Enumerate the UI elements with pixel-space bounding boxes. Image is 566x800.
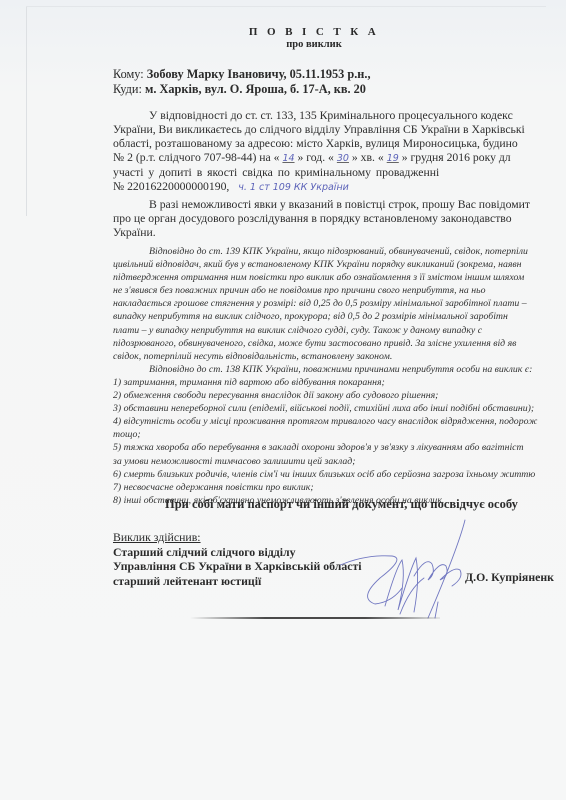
line4-part-b: » год. « [297,151,333,164]
scan-page-top-edge [26,6,546,7]
valid-reason-item: 2) обмеження свободи пересування внаслід… [113,389,566,402]
notify-paragraph: В разі неможливості явки у вказаний в по… [113,198,566,240]
issuer-position: Старший слідчий слідчого відділу [113,545,362,560]
summons-line-1: У відповідності до ст. ст. 133, 135 Крим… [113,109,566,123]
article-139-line: Відповідно до ст. 139 КПК України, якщо … [113,245,566,258]
valid-reason-item: тощо; [113,428,566,441]
handwritten-hour: 14 [279,152,297,166]
document-title: П О В І С Т К А [0,26,566,38]
summons-page: П О В І С Т К А про виклик Кому: Зобову … [0,0,566,800]
recipient-where: Куди: м. Харків, вул. О. Яроша, б. 17-А,… [113,82,366,97]
line4-part-d: » грудня 2016 року дл [402,151,511,164]
article-139-line: підозрюваного, обвинуваченого, свідка, м… [113,337,566,350]
notify-line-1: В разі неможливості явки у вказаний в по… [113,198,566,212]
bring-id-notice: При собі мати паспорт чи інший документ,… [165,497,518,512]
article-139-line: підтвердження отримання ним повістки про… [113,271,566,284]
handwritten-article-note: ч. 1 ст 109 КК України [238,182,349,193]
summons-line-6: № 22016220000000190, ч. 1 ст 109 КК Укра… [113,180,566,195]
notify-line-2: про це орган досудового розслідування в … [113,212,566,226]
to-label: Кому: [113,67,144,81]
valid-reason-item: 1) затримання, тримання під вартою або в… [113,376,566,389]
signer-name: Д.О. Купріяненк [465,570,554,585]
line4-part-a: № 2 (р.т. слідчого 707-98-44) на « [113,151,279,164]
summons-line-2: України, Ви викликаєтесь до слідчого від… [113,123,566,137]
valid-reason-item: 6) смерть близьких родичів, членів сім'ї… [113,468,566,481]
case-number: № 22016220000000190, [113,180,229,193]
document-subtitle: про виклик [0,39,566,50]
notify-line-3: України. [113,226,566,240]
issuer-rank: старший лейтенант юстиції [113,574,362,589]
to-value: Зобову Марку Івановичу, 05.11.1953 р.н., [147,67,371,81]
where-value: м. Харків, вул. О. Яроша, б. 17-А, кв. 2… [145,82,366,96]
valid-reason-item: 7) несвоєчасне одержання повістки про ви… [113,481,566,494]
summons-paragraph: У відповідності до ст. ст. 133, 135 Крим… [113,109,566,194]
handwritten-day: 19 [384,152,402,166]
summons-line-3: області, розташованому за адресою: місто… [113,137,566,151]
issuer-block: Виклик здійснив: Старший слідчий слідчог… [113,530,362,588]
recipient-to: Кому: Зобову Марку Івановичу, 05.11.1953… [113,67,371,82]
summons-line-4: № 2 (р.т. слідчого 707-98-44) на «14» го… [113,151,566,166]
valid-reason-item: 4) відсутність особи у місці проживання … [113,415,566,428]
article-138-intro: Відповідно до ст. 138 КПК України, поваж… [113,363,566,376]
handwritten-minute: 30 [334,152,352,166]
article-139-line: свідок, потерпілий несуть відповідальніс… [113,350,566,363]
summons-line-5: участі у допиті в якості свідка по кримі… [113,166,566,180]
valid-reason-item: 5) тяжка хвороба або перебування в закла… [113,441,566,454]
where-label: Куди: [113,82,142,96]
article-139-line: цивільний відповідач, який був у встанов… [113,258,566,271]
issuer-caption: Виклик здійснив: [113,530,362,545]
article-139-line: плати – у випадку неприбуття на виклик с… [113,324,566,337]
article-139-line: накладається грошове стягнення у розмірі… [113,297,566,310]
article-139-line: випадку неприбуття на виклик слідчого, п… [113,310,566,323]
article-139-block: Відповідно до ст. 139 КПК України, якщо … [113,245,566,507]
valid-reason-item: 3) обставини непереборної сили (епідемії… [113,402,566,415]
article-139-line: не з'явився без поважних причин або не п… [113,284,566,297]
line4-part-c: » хв. « [352,151,384,164]
signature-underline [190,617,440,619]
issuer-department: Управління СБ України в Харківській обла… [113,559,362,574]
valid-reason-item: за умови неможливості тимчасово залишити… [113,455,566,468]
